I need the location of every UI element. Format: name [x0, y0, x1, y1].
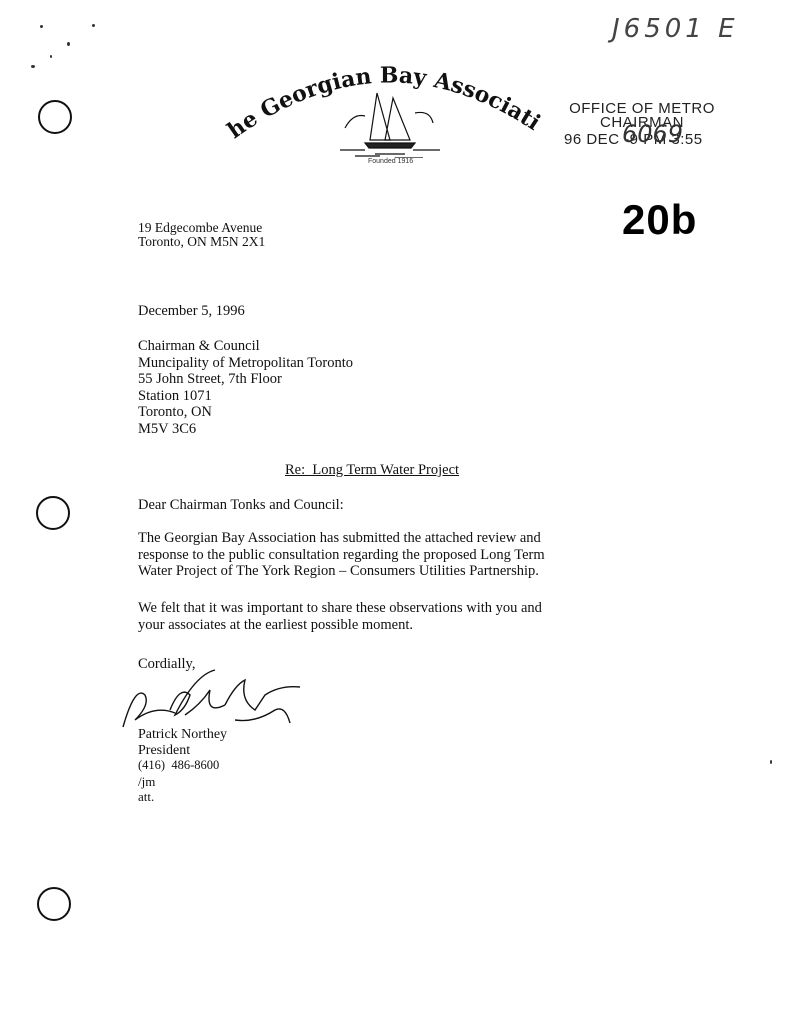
body-paragraph-2: We felt that it was important to share t… — [138, 600, 542, 633]
enclosure-note: att. — [138, 789, 227, 805]
punch-hole-bottom — [37, 887, 71, 921]
body-line: Water Project of The York Region – Consu… — [138, 563, 545, 580]
recipient-line: Chairman & Council — [138, 338, 353, 355]
subject-line: Re: Long Term Water Project — [285, 462, 459, 479]
sailboat-icon — [335, 88, 445, 158]
recipient-line: Muncipality of Metropolitan Toronto — [138, 355, 353, 372]
received-stamp: OFFICE OF METRO CHAIRMAN 96 DEC -9 PM 3:… — [562, 100, 722, 148]
scan-speck — [31, 65, 35, 68]
signer-name: Patrick Northey — [138, 727, 227, 743]
signature-block: Patrick Northey President (416) 486-8600… — [138, 727, 227, 805]
scan-speck — [92, 24, 95, 27]
scan-speck — [40, 25, 43, 28]
body-line: We felt that it was important to share t… — [138, 600, 542, 617]
scan-speck — [67, 42, 70, 46]
signer-phone: (416) 486-8600 — [138, 758, 227, 774]
sender-address-line1: 19 Edgecombe Avenue — [138, 221, 265, 235]
recipient-line: Toronto, ON — [138, 404, 353, 421]
sender-address: 19 Edgecombe Avenue Toronto, ON M5N 2X1 — [138, 221, 265, 249]
recipient-line: 55 John Street, 7th Floor — [138, 371, 353, 388]
recipient-line: M5V 3C6 — [138, 421, 353, 438]
letter-date: December 5, 1996 — [138, 303, 245, 320]
letterhead-logo: The Georgian Bay Association Founded 191… — [220, 40, 560, 180]
founded-label: Founded 1916 — [368, 158, 413, 165]
stamp-handwritten-number: 6069 — [622, 120, 683, 148]
scan-speck — [770, 760, 772, 764]
file-number-handwritten: J6501 E — [612, 14, 739, 44]
body-paragraph-1: The Georgian Bay Association has submitt… — [138, 530, 545, 580]
recipient-line: Station 1071 — [138, 388, 353, 405]
scan-speck — [50, 55, 52, 58]
sender-address-line2: Toronto, ON M5N 2X1 — [138, 235, 265, 249]
salutation: Dear Chairman Tonks and Council: — [138, 497, 344, 514]
signer-title: President — [138, 743, 227, 759]
body-line: response to the public consultation rega… — [138, 547, 545, 564]
body-line: The Georgian Bay Association has submitt… — [138, 530, 545, 547]
typist-initials: /jm — [138, 774, 227, 790]
item-number-handwritten: 20b — [622, 196, 697, 244]
punch-hole-top — [38, 100, 72, 134]
body-line: your associates at the earliest possible… — [138, 617, 542, 634]
handwritten-signature — [115, 665, 315, 735]
punch-hole-middle — [36, 496, 70, 530]
recipient-address: Chairman & Council Muncipality of Metrop… — [138, 338, 353, 437]
